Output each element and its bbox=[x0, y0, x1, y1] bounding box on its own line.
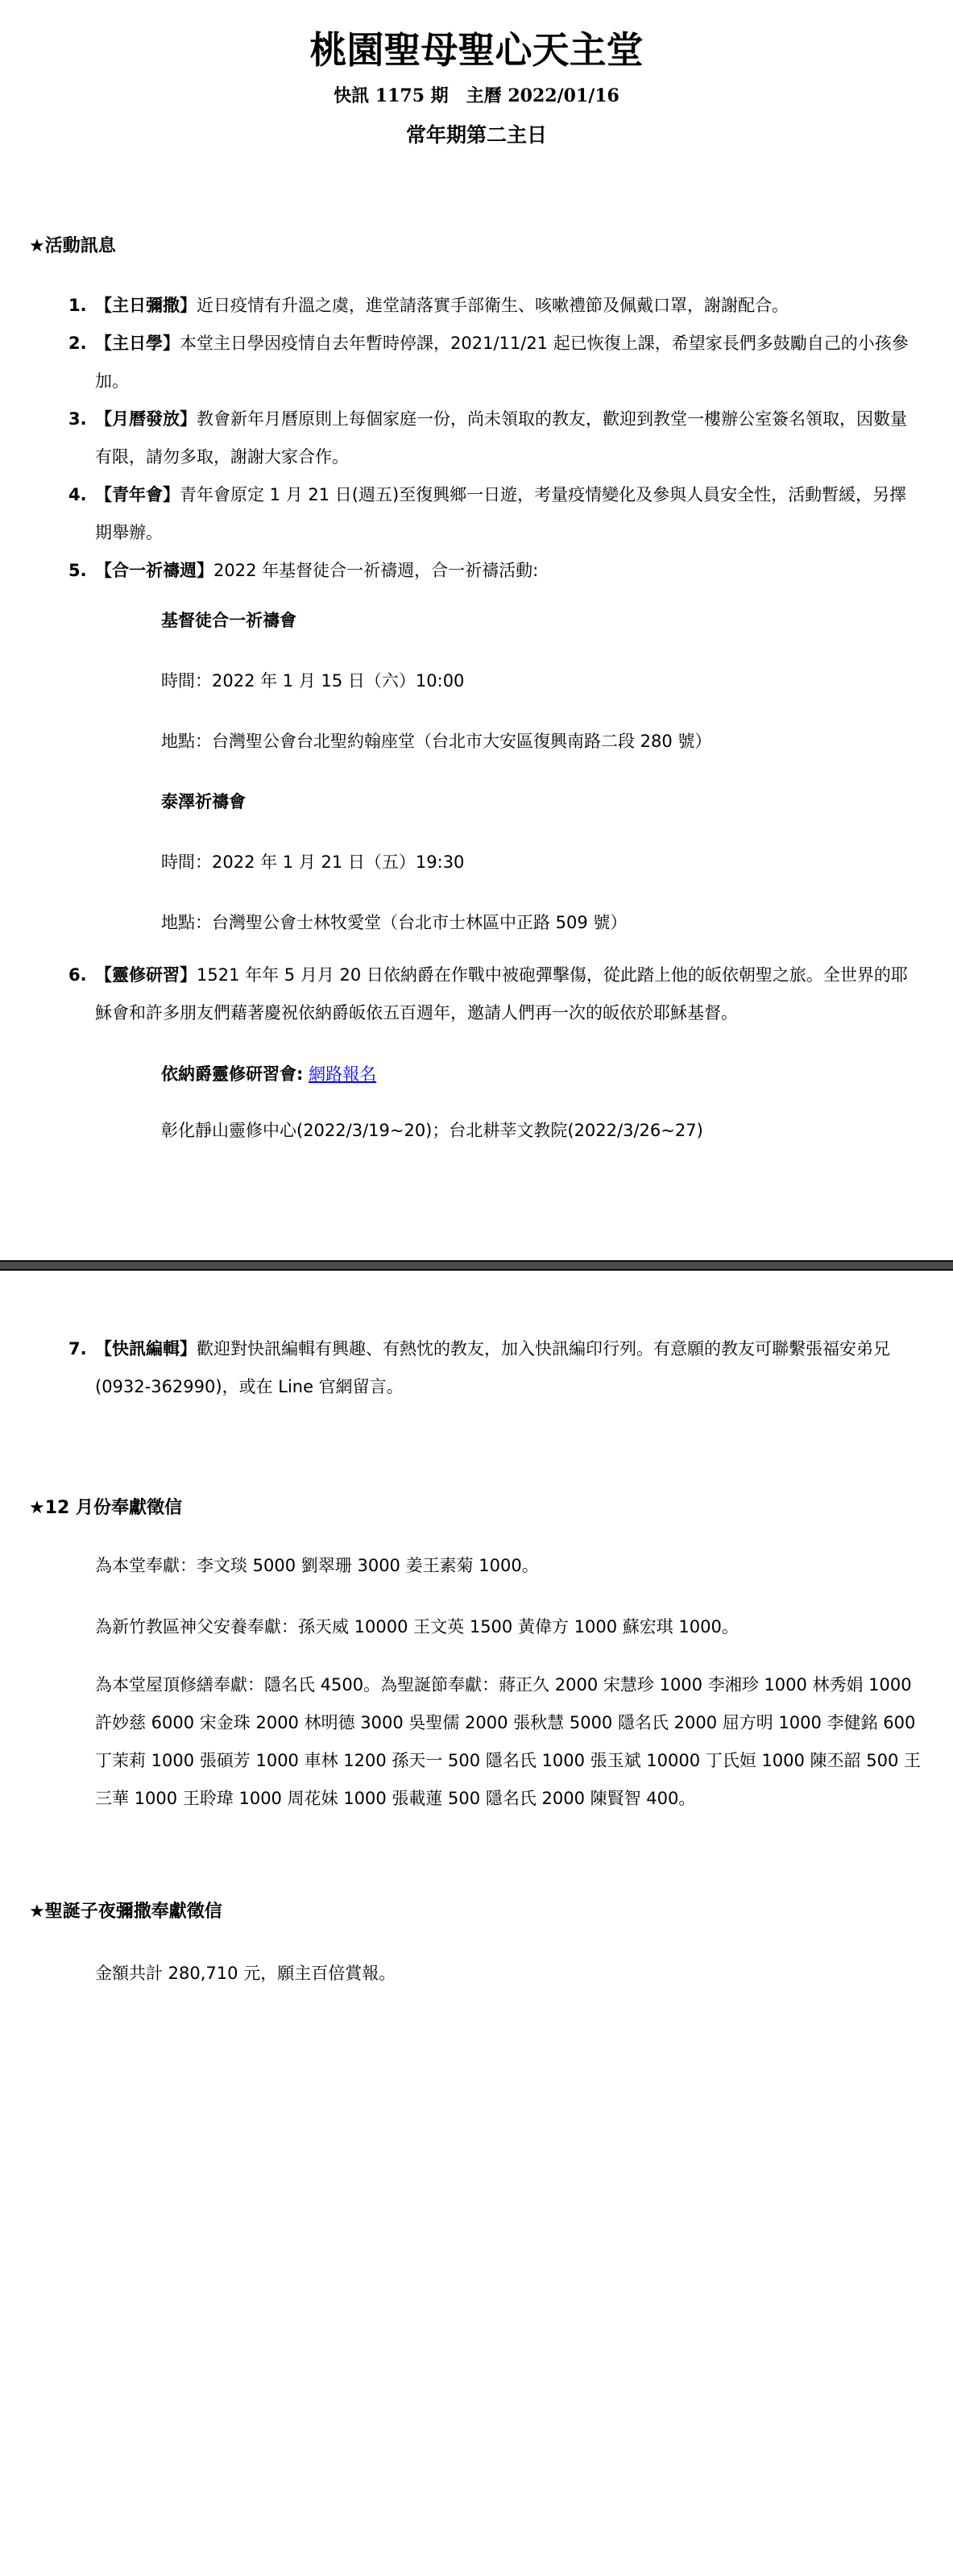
item-number: 6. bbox=[68, 956, 95, 1032]
retreat-registration-line: 依納爵靈修研習會: 網路報名 bbox=[161, 1056, 922, 1093]
online-registration-link[interactable]: 網路報名 bbox=[309, 1064, 376, 1084]
page-break-bar bbox=[0, 1260, 953, 1271]
item-text: 1521 年年 5 月月 20 日依納爵在作戰中被砲彈擊傷，從此踏上他的皈依朝聖… bbox=[95, 965, 908, 1023]
item-text: 青年會原定 1 月 21 日(週五)至復興鄉一日遊，考量疫情變化及參與人員安全性… bbox=[95, 485, 906, 542]
item-tag: 【主日學】 bbox=[95, 334, 180, 353]
item-text: 歡迎對快訊編輯有興趣、有熱忱的教友，加入快訊編印行列。有意願的教友可聯繫張福安弟… bbox=[95, 1339, 890, 1396]
event-time: 時間：2022 年 1 月 15 日（六）10:00 bbox=[161, 662, 922, 700]
list-item-retreat: 6. 【靈修研習】1521 年年 5 月月 20 日依納爵在作戰中被砲彈擊傷，從… bbox=[68, 956, 922, 1032]
item-text: 本堂主日學因疫情自去年暫時停課，2021/11/21 起已恢復上課，希望家長們多… bbox=[95, 334, 909, 391]
unity-prayer-details: 基督徒合一祈禱會 時間：2022 年 1 月 15 日（六）10:00 地點：台… bbox=[161, 602, 922, 942]
donation-paragraph-roof-christmas: 為本堂屋頂修繕奉獻：隱名氏 4500。為聖誕節奉獻：蔣正久 2000 宋慧珍 1… bbox=[95, 1666, 924, 1818]
retreat-title: 依納爵靈修研習會: bbox=[161, 1064, 303, 1084]
item-text: 教會新年月曆原則上每個家庭一份，尚未領取的教友，歡迎到教堂一樓辦公室簽名領取，因… bbox=[95, 409, 907, 467]
issue-line: 快訊 1175 期 主曆 2022/01/16 bbox=[29, 84, 924, 108]
list-item-sunday-school: 2. 【主日學】本堂主日學因疫情自去年暫時停課，2021/11/21 起已恢復上… bbox=[68, 325, 922, 400]
midnight-mass-heading: ★聖誕子夜彌撒奉獻徵信 bbox=[29, 1901, 924, 1923]
list-item-youth: 4. 【青年會】青年會原定 1 月 21 日(週五)至復興鄉一日遊，考量疫情變化… bbox=[68, 476, 922, 552]
activities-list: 1. 【主日彌撒】近日疫情有升溫之虞，進堂請落實手部衛生、咳嗽禮節及佩戴口罩，謝… bbox=[68, 287, 922, 1150]
activities-list-continued: 7. 【快訊編輯】歡迎對快訊編輯有興趣、有熱忱的教友，加入快訊編印行列。有意願的… bbox=[68, 1330, 922, 1406]
donation-paragraph-parish: 為本堂奉獻：李文琰 5000 劉翠珊 3000 姜王素菊 1000。 bbox=[95, 1547, 924, 1585]
item-tag: 【靈修研習】 bbox=[95, 965, 197, 985]
event-location: 地點：台灣聖公會台北聖約翰座堂（台北市大安區復興南路二段 280 號） bbox=[161, 723, 922, 761]
event-name: 基督徒合一祈禱會 bbox=[161, 602, 922, 640]
sunday-line: 常年期第二主日 bbox=[29, 122, 924, 148]
item-number: 7. bbox=[68, 1330, 95, 1406]
bulletin-page: 桃園聖母聖心天主堂 快訊 1175 期 主曆 2022/01/16 常年期第二主… bbox=[0, 27, 953, 1150]
item-tag: 【合一祈禱週】 bbox=[95, 561, 213, 580]
december-donations-heading: ★12 月份奉獻徵信 bbox=[29, 1497, 924, 1520]
list-item-sunday-mass: 1. 【主日彌撒】近日疫情有升溫之虞，進堂請落實手部衛生、咳嗽禮節及佩戴口罩，謝… bbox=[68, 287, 922, 325]
item-number: 5. bbox=[68, 552, 95, 590]
item-tag: 【月曆發放】 bbox=[95, 409, 197, 429]
list-item-unity-prayer: 5. 【合一祈禱週】2022 年基督徒合一祈禱週，合一祈禱活動: bbox=[68, 552, 922, 590]
item-number: 2. bbox=[68, 325, 95, 400]
event-name: 泰澤祈禱會 bbox=[161, 783, 922, 821]
list-item-bulletin-editor: 7. 【快訊編輯】歡迎對快訊編輯有興趣、有熱忱的教友，加入快訊編印行列。有意願的… bbox=[68, 1330, 922, 1406]
donation-paragraph-diocese: 為新竹教區神父安養奉獻：孫天威 10000 王文英 1500 黃偉方 1000 … bbox=[95, 1608, 924, 1646]
item-number: 1. bbox=[68, 287, 95, 325]
event-location: 地點：台灣聖公會士林牧愛堂（台北市士林區中正路 509 號） bbox=[161, 904, 922, 942]
retreat-venues: 彰化靜山靈修中心(2022/3/19~20)；台北耕莘文教院(2022/3/26… bbox=[161, 1112, 922, 1150]
activities-heading: ★活動訊息 bbox=[29, 235, 924, 258]
retreat-details: 依納爵靈修研習會: 網路報名 彰化靜山靈修中心(2022/3/19~20)；台北… bbox=[161, 1056, 922, 1150]
item-tag: 【快訊編輯】 bbox=[95, 1339, 197, 1359]
midnight-mass-total: 金額共計 280,710 元，願主百倍賞報。 bbox=[95, 1955, 924, 1993]
item-text: 近日疫情有升溫之虞，進堂請落實手部衛生、咳嗽禮節及佩戴口罩，謝謝配合。 bbox=[197, 296, 789, 315]
item-text: 2022 年基督徒合一祈禱週，合一祈禱活動: bbox=[213, 561, 538, 580]
item-tag: 【主日彌撒】 bbox=[95, 296, 197, 315]
page-title: 桃園聖母聖心天主堂 bbox=[29, 27, 924, 73]
list-item-calendar: 3. 【月曆發放】教會新年月曆原則上每個家庭一份，尚未領取的教友，歡迎到教堂一樓… bbox=[68, 400, 922, 476]
event-time: 時間：2022 年 1 月 21 日（五）19:30 bbox=[161, 844, 922, 881]
item-number: 3. bbox=[68, 400, 95, 476]
item-tag: 【青年會】 bbox=[95, 485, 180, 504]
item-number: 4. bbox=[68, 476, 95, 552]
bulletin-page-2: 7. 【快訊編輯】歡迎對快訊編輯有興趣、有熱忱的教友，加入快訊編印行列。有意願的… bbox=[0, 1330, 953, 1993]
